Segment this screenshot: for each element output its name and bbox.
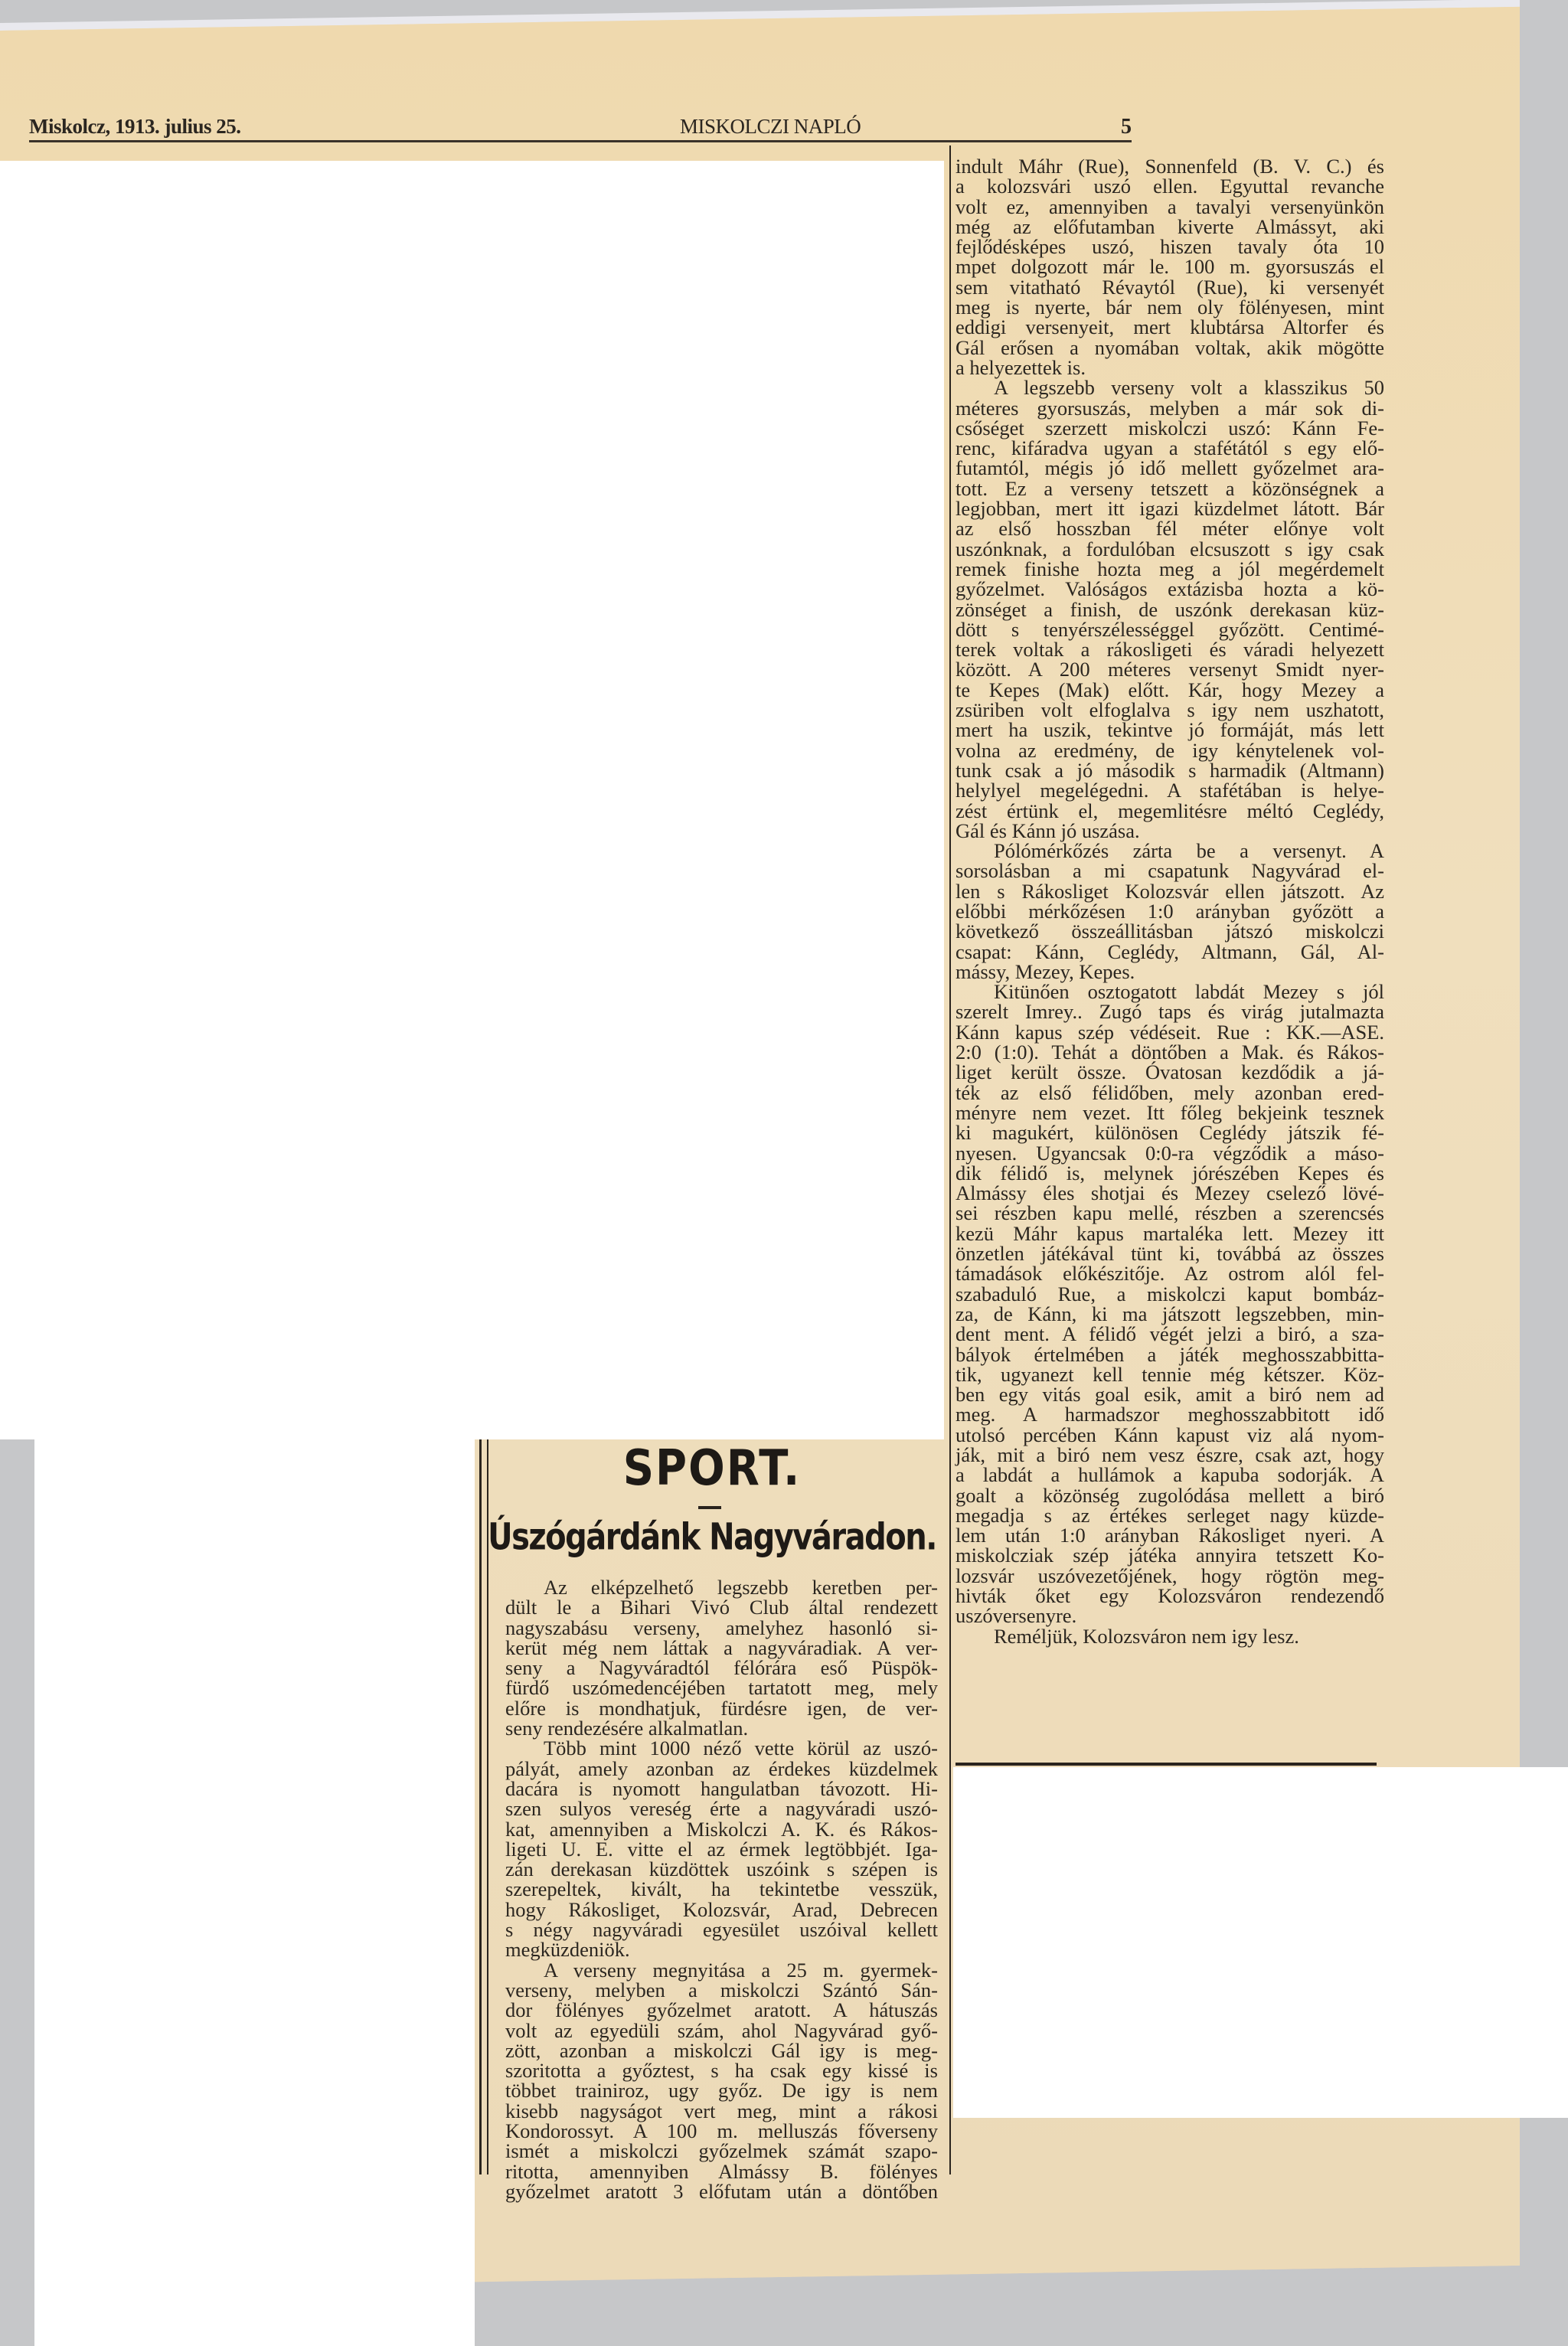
text-line: volna az eredmény, de igy kénytelenek vo… <box>955 740 1384 760</box>
text-line: Kondorossyt. A 100 m. melluszás főversen… <box>505 2121 938 2141</box>
text-line: önzetlen játékával tünt ki, továbbá az ö… <box>955 1243 1384 1263</box>
text-line: következő összeállitásban játszó miskolc… <box>955 921 1384 941</box>
text-line: előre is mondhatjuk, fürdésre igen, de v… <box>505 1698 938 1718</box>
text-line: seny rendezésére alkalmatlan. <box>505 1718 938 1738</box>
text-line: Pólómérkőzés zárta be a versenyt. A <box>955 841 1384 861</box>
text-line: szen sulyos vereség érte a nagyváradi us… <box>505 1799 938 1818</box>
text-line: a labdát a hullámok a kapuba sodorják. A <box>955 1465 1384 1485</box>
masthead-rule <box>29 140 1132 142</box>
text-line: fürdő uszómedencéjében tartatott meg, me… <box>505 1678 938 1697</box>
text-line: előbbi mérkőzésen 1:0 arányban győzött a <box>955 901 1384 921</box>
column-rule-center <box>949 145 951 2174</box>
section-dash <box>698 1506 721 1509</box>
text-line: renc, kifáradva ugyan a stafétától s egy… <box>955 438 1384 458</box>
text-line: Az elképzelhető legszebb keretben per- <box>505 1577 938 1597</box>
text-line: liget került össze. Óvatosan kezdődik a … <box>955 1062 1384 1082</box>
text-line: tott. Ez a verseny tetszett a közönségne… <box>955 479 1384 498</box>
text-line: ják, mit a biró nem vesz észre, csak azt… <box>955 1445 1384 1465</box>
text-line: szoritotta a győztest, s ha csak egy kis… <box>505 2060 938 2080</box>
text-line: a kolozsvári uszó ellen. Egyuttal revanc… <box>955 176 1384 196</box>
text-line: Kitünően osztogatott labdát Mezey s jól <box>955 982 1384 1001</box>
text-line: zést értünk el, megemlitésre méltó Ceglé… <box>955 801 1384 821</box>
text-line: helylyel megelégedni. A stafétában is he… <box>955 780 1384 800</box>
text-line: bályok értelmében a játék meghosszabbitt… <box>955 1345 1384 1364</box>
text-line: fejlődésképes uszó, hiszen tavaly óta 10 <box>955 237 1384 256</box>
text-line: pályát, amely azonban az érdekes küzdelm… <box>505 1759 938 1779</box>
text-line: dik félidő is, melynek jórészében Kepes … <box>955 1163 1384 1183</box>
text-line: ligeti U. E. vitte el az érmek legtöbbjé… <box>505 1839 938 1859</box>
text-line: nyesen. Ugyancsak 0:0-ra végződik a máso… <box>955 1143 1384 1163</box>
text-line: ismét a miskolczi győzelmek számát szapo… <box>505 2141 938 2161</box>
text-line: a helyezettek is. <box>955 358 1384 377</box>
masked-region-left-strip <box>0 1439 34 2346</box>
article-column-left: Az elképzelhető legszebb keretben per-dü… <box>505 1577 938 2201</box>
article-end-rule <box>955 1763 1377 1766</box>
article-column-right: indult Máhr (Rue), Sonnenfeld (B. V. C.)… <box>955 156 1384 1646</box>
text-line: ményre nem vezet. Itt főleg bekjeink tes… <box>955 1103 1384 1122</box>
text-line: szerelt Imrey.. Zugó taps és virág jutal… <box>955 1001 1384 1021</box>
text-line: meg is nyerte, bár nem oly fölényesen, m… <box>955 297 1384 317</box>
text-line: Gál és Kánn jó uszása. <box>955 821 1384 841</box>
page-number: 5 <box>1121 115 1132 139</box>
text-line: lozsvár uszóvezetőjének, hogy rögtön meg… <box>955 1566 1384 1586</box>
text-line: Reméljük, Kolozsváron nem igy lesz. <box>955 1626 1384 1646</box>
text-line: mpet dolgozott már le. 100 m. gyorsuszás… <box>955 256 1384 276</box>
text-line: az első hosszban fél méter előnye volt <box>955 518 1384 538</box>
text-line: Almássy éles shotjai és Mezey cselező lö… <box>955 1183 1384 1203</box>
text-line: eddigi versenyeit, mert klubtársa Altorf… <box>955 317 1384 337</box>
text-line: goalt a közönség zugolódása mellett a bi… <box>955 1485 1384 1505</box>
text-line: csőséget szerzett miskolczi uszó: Kánn F… <box>955 418 1384 438</box>
masked-region-left-lower <box>34 1439 475 2346</box>
text-line: miskolcziak szép játéka annyira tetszett… <box>955 1545 1384 1565</box>
article-title: Úszógárdánk Nagyváradon. <box>475 1516 949 1558</box>
text-line: futamtól, mégis jó idő mellett győzelmet… <box>955 458 1384 478</box>
text-line: uszóversenyre. <box>955 1606 1384 1626</box>
text-line: csapat: Kánn, Ceglédy, Altmann, Gál, Al- <box>955 942 1384 962</box>
text-line: kezü Máhr kapus martaléka lett. Mezey it… <box>955 1224 1384 1243</box>
text-line: többet trainiroz, ugy győz. De igy is ne… <box>505 2080 938 2100</box>
text-line: támadások előkészitője. Az ostrom alól f… <box>955 1263 1384 1283</box>
text-line: ki magukért, különösen Ceglédy játszik f… <box>955 1122 1384 1142</box>
text-line: sorsolásban a mi csapatunk Nagyvárad el- <box>955 861 1384 881</box>
text-line: dacára is nyomott hangulatban távozott. … <box>505 1779 938 1799</box>
text-line: Kánn kapus szép védéseit. Rue : KK.—ASE. <box>955 1022 1384 1042</box>
text-line: legjobban, mert itt igazi küzdelmet láto… <box>955 498 1384 518</box>
text-line: nagyszabásu verseny, amelyhez hasonló si… <box>505 1618 938 1638</box>
text-line: 2:0 (1:0). Tehát a döntőben a Mak. és Rá… <box>955 1042 1384 1062</box>
text-line: sem vitatható Révaytól (Rue), ki verseny… <box>955 277 1384 297</box>
text-line: zsüriben volt elfoglalva s igy nem uszha… <box>955 700 1384 720</box>
masked-region-bottom-right <box>953 1767 1568 2118</box>
text-line: méteres gyorsuszás, melyben a már sok di… <box>955 398 1384 418</box>
text-line: A verseny megnyitása a 25 m. gyermek- <box>505 1960 938 1980</box>
text-line: meg. A harmadszor meghosszabbitott idő <box>955 1404 1384 1424</box>
text-line: dött s tenyérszélességgel győzött. Centi… <box>955 619 1384 639</box>
text-line: megadja s az értékes serleget nagy küzde… <box>955 1505 1384 1525</box>
text-line: zán derekasan küzdöttek uszóink s szépen… <box>505 1859 938 1879</box>
text-line: utolsó percében Kánn kapust viz alá nyom… <box>955 1425 1384 1445</box>
text-line: Több mint 1000 néző vette körül az uszó- <box>505 1738 938 1758</box>
text-line: dült le a Bihari Vivó Club által rendeze… <box>505 1597 938 1617</box>
text-line: volt ez, amennyiben a tavalyi versenyünk… <box>955 197 1384 217</box>
text-line: te Kepes (Mak) előtt. Kár, hogy Mezey a <box>955 680 1384 700</box>
section-title: SPORT. <box>475 1439 949 1497</box>
text-line: zött, azonban a miskolczi Gál igy is meg… <box>505 2040 938 2060</box>
text-line: megküzdeniök. <box>505 1939 938 1959</box>
newspaper-name: MISKOLCZI NAPLÓ <box>680 115 861 139</box>
text-line: terek voltak a rákosligeti és váradi hel… <box>955 639 1384 659</box>
text-line: győzelmet. Valóságos extázisba hozta a k… <box>955 579 1384 599</box>
text-line: tunk csak a jó második s harmadik (Altma… <box>955 760 1384 780</box>
text-line: dent ment. A félidő végét jelzi a biró, … <box>955 1324 1384 1344</box>
text-line: ték az első félidőben, mely azonban ered… <box>955 1083 1384 1103</box>
text-line: lem után 1:0 arányban Rákosliget nyeri. … <box>955 1525 1384 1545</box>
text-line: ritotta, amennyiben Almássy B. fölényes <box>505 2161 938 2181</box>
issue-date: Miskolcz, 1913. julius 25. <box>29 115 241 139</box>
text-line: A legszebb verseny volt a klasszikus 50 <box>955 377 1384 397</box>
text-line: még az előfutamban kiverte Almássyt, aki <box>955 217 1384 237</box>
text-line: hivták őket egy Kolozsváron rendezendő <box>955 1586 1384 1606</box>
text-line: Gál erősen a nyomában voltak, akik mögöt… <box>955 338 1384 358</box>
text-line: kisebb nagyságot vert meg, mint a rákosi <box>505 2101 938 2121</box>
text-line: volt az egyedüli szám, ahol Nagyvárad gy… <box>505 2021 938 2040</box>
text-line: zönséget a finish, de uszónk derekasan k… <box>955 600 1384 619</box>
text-line: győzelmet aratott 3 előfutam után a dönt… <box>505 2181 938 2201</box>
text-line: kat, amennyiben a Miskolczi A. K. és Rák… <box>505 1819 938 1839</box>
text-line: szerepeltek, kivált, ha tekintetbe vessz… <box>505 1879 938 1899</box>
text-line: szabaduló Rue, a miskolczi kaput bombáz- <box>955 1284 1384 1304</box>
text-line: remek finishe hozta meg a jól megérdemel… <box>955 559 1384 579</box>
text-line: sei részben kapu mellé, részben a szeren… <box>955 1203 1384 1223</box>
text-line: mert ha uszik, tekintve jó formáját, más… <box>955 720 1384 740</box>
text-line: za, de Kánn, ki ma játszott legszebben, … <box>955 1304 1384 1324</box>
text-line: tik, ugyanezt kell tennie még kétszer. K… <box>955 1364 1384 1384</box>
text-line: dor fölényes győzelmet aratott. A hátusz… <box>505 2000 938 2020</box>
text-line: indult Máhr (Rue), Sonnenfeld (B. V. C.)… <box>955 156 1384 176</box>
text-line: hogy Rákosliget, Kolozsvár, Arad, Debrec… <box>505 1900 938 1920</box>
text-line: s négy nagyváradi egyesület uszóival kel… <box>505 1920 938 1939</box>
masked-region-top-left <box>0 161 944 1439</box>
text-line: ben egy vitás goal esik, amit a biró nem… <box>955 1384 1384 1404</box>
text-line: között. A 200 méteres versenyt Smidt nye… <box>955 659 1384 679</box>
text-line: uszónknak, a fordulóban elcsuszott s igy… <box>955 539 1384 559</box>
text-line: mássy, Mezey, Kepes. <box>955 962 1384 982</box>
text-line: seny a Nagyváradtól félórára eső Püspök- <box>505 1658 938 1678</box>
text-line: len s Rákosliget Kolozsvár ellen játszot… <box>955 881 1384 901</box>
text-line: kerüt még nem láttak a nagyváradiak. A v… <box>505 1638 938 1658</box>
text-line: verseny, melyben a miskolczi Szántó Sán- <box>505 1980 938 2000</box>
